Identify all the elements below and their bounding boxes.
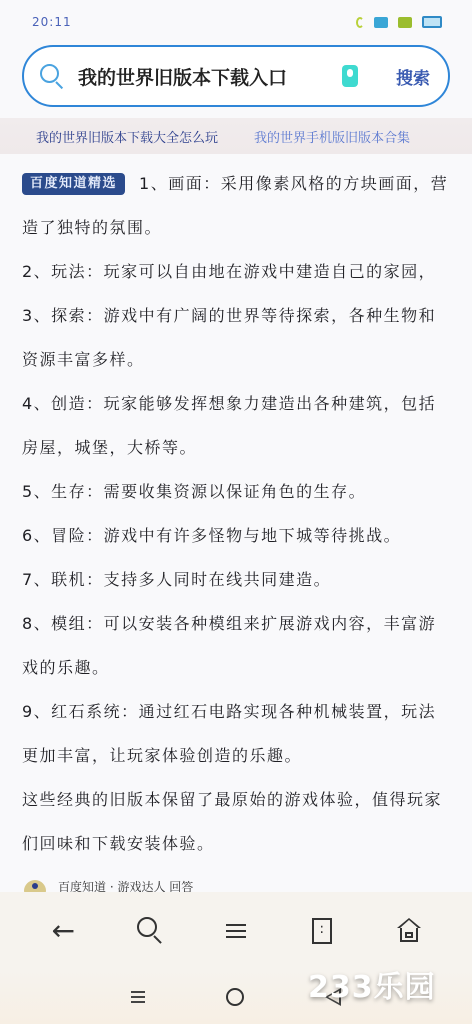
signal-icon [398,17,412,28]
toolbar-search-button[interactable] [130,911,170,951]
status-bar: 20:11 [0,0,472,44]
menu-icon [226,920,246,942]
article-paragraph: 6、冒险：游戏中有许多怪物与地下城等待挑战。 [22,514,452,558]
related-search-item[interactable]: 我的世界手机版旧版本合集 [254,127,410,146]
search-input[interactable]: 我的世界旧版本下载入口 [78,63,342,90]
wifi-icon [374,17,388,28]
status-time: 20:11 [32,15,72,29]
home-button[interactable] [389,911,429,951]
voice-icon[interactable] [342,65,358,87]
battery-icon [422,16,442,28]
search-button[interactable]: 搜索 [396,64,430,89]
article-paragraph: 8、模组：可以安装各种模组来扩展游戏内容，丰富游戏的乐趣。 [22,602,452,690]
system-home-button[interactable] [226,988,244,1006]
home-icon [396,918,422,944]
article-paragraph: 4、创造：玩家能够发挥想象力建造出各种建筑，包括房屋，城堡，大桥等。 [22,382,452,470]
search-icon [38,62,66,90]
article-content: 百度知道精选1、画面：采用像素风格的方块画面，营造了独特的氛围。 2、玩法：玩家… [22,162,452,866]
menu-button[interactable] [216,911,256,951]
data-icon [356,17,364,28]
watermark-logo: 233乐园 [308,962,436,1006]
back-button[interactable]: ← [43,911,83,951]
tabs-icon [312,918,332,944]
browser-toolbar: ← [0,892,472,970]
article-paragraph: 百度知道精选1、画面：采用像素风格的方块画面，营造了独特的氛围。 [22,162,452,250]
article-paragraph: 9、红石系统：通过红石电路实现各种机械装置，玩法更加丰富，让玩家体验创造的乐趣。 [22,690,452,778]
source-badge: 百度知道精选 [22,173,125,195]
search-icon [137,917,157,937]
related-searches: 我的世界旧版本下载大全怎么玩 我的世界手机版旧版本合集 [0,118,472,154]
tabs-button[interactable] [302,911,342,951]
article-paragraph: 这些经典的旧版本保留了最原始的游戏体验，值得玩家们回味和下载安装体验。 [22,778,452,866]
back-arrow-icon: ← [51,917,74,945]
recent-apps-button[interactable] [131,988,145,1006]
related-search-item[interactable]: 我的世界旧版本下载大全怎么玩 [36,127,218,146]
search-bar[interactable]: 我的世界旧版本下载入口 搜索 [22,45,450,107]
article-paragraph: 2、玩法：玩家可以自由地在游戏中建造自己的家园， [22,250,452,294]
article-paragraph: 5、生存：需要收集资源以保证角色的生存。 [22,470,452,514]
article-paragraph: 7、联机：支持多人同时在线共同建造。 [22,558,452,602]
status-icons [356,16,442,28]
article-paragraph: 3、探索：游戏中有广阔的世界等待探索，各种生物和资源丰富多样。 [22,294,452,382]
